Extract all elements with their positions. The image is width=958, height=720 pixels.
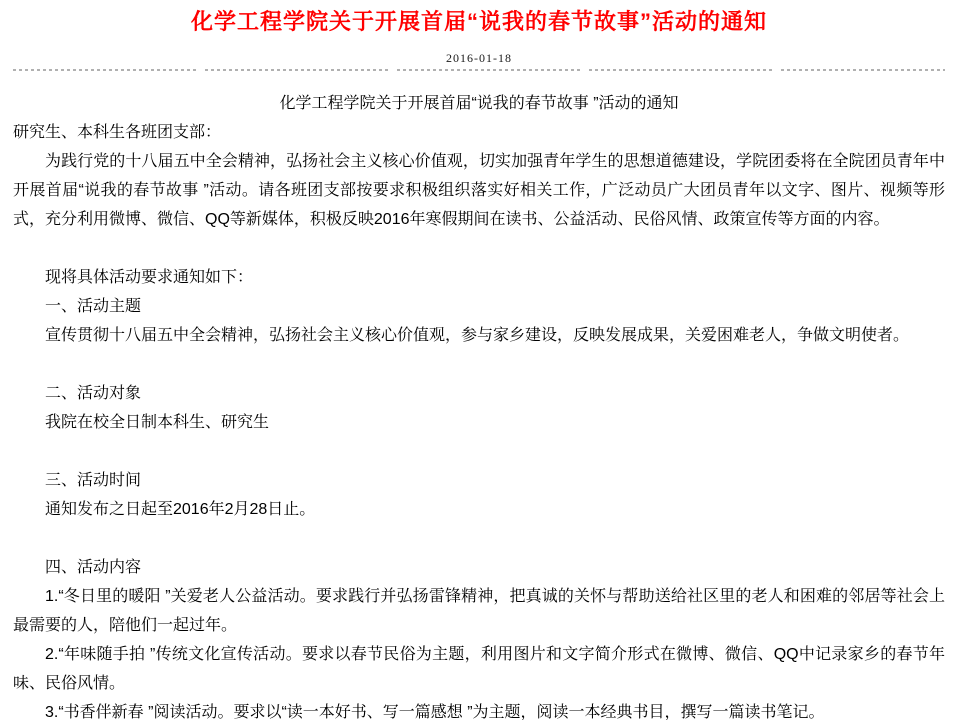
section-1-heading: 一、活动主题 xyxy=(13,292,945,321)
requirements-lead: 现将具体活动要求通知如下： xyxy=(13,263,945,292)
salutation: 研究生、本科生各班团支部： xyxy=(13,118,945,147)
paragraph-gap xyxy=(13,350,945,379)
section-2-heading: 二、活动对象 xyxy=(13,379,945,408)
publish-date: 2016-01-18 xyxy=(13,51,945,65)
paragraph-gap xyxy=(13,524,945,553)
dashed-divider xyxy=(13,69,945,71)
intro-paragraph: 为践行党的十八届五中全会精神，弘扬社会主义核心价值观，切实加强青年学生的思想道德… xyxy=(13,147,945,234)
notice-body: 化学工程学院关于开展首届“说我的春节故事 ”活动的通知 研究生、本科生各班团支部… xyxy=(13,89,945,720)
page-title: 化学工程学院关于开展首届“说我的春节故事”活动的通知 xyxy=(13,6,945,38)
paragraph-gap xyxy=(13,437,945,466)
paragraph-gap xyxy=(13,234,945,263)
activity-item-2: 2.“年味随手拍 ”传统文化宣传活动。要求以春节民俗为主题，利用图片和文字简介形… xyxy=(13,640,945,698)
section-4-heading: 四、活动内容 xyxy=(13,553,945,582)
section-2-body: 我院在校全日制本科生、研究生 xyxy=(13,408,945,437)
section-3-heading: 三、活动时间 xyxy=(13,466,945,495)
notice-subtitle: 化学工程学院关于开展首届“说我的春节故事 ”活动的通知 xyxy=(13,89,945,118)
section-3-body: 通知发布之日起至2016年2月28日止。 xyxy=(13,495,945,524)
activity-item-3: 3.“书香伴新春 ”阅读活动。要求以“读一本好书、写一篇感想 ”为主题，阅读一本… xyxy=(13,698,945,720)
section-1-body: 宣传贯彻十八届五中全会精神，弘扬社会主义核心价值观，参与家乡建设，反映发展成果，… xyxy=(13,321,945,350)
activity-item-1: 1.“冬日里的暖阳 ”关爱老人公益活动。要求践行并弘扬雷锋精神，把真诚的关怀与帮… xyxy=(13,582,945,640)
notice-page: 化学工程学院关于开展首届“说我的春节故事”活动的通知 2016-01-18 化学… xyxy=(0,0,958,720)
